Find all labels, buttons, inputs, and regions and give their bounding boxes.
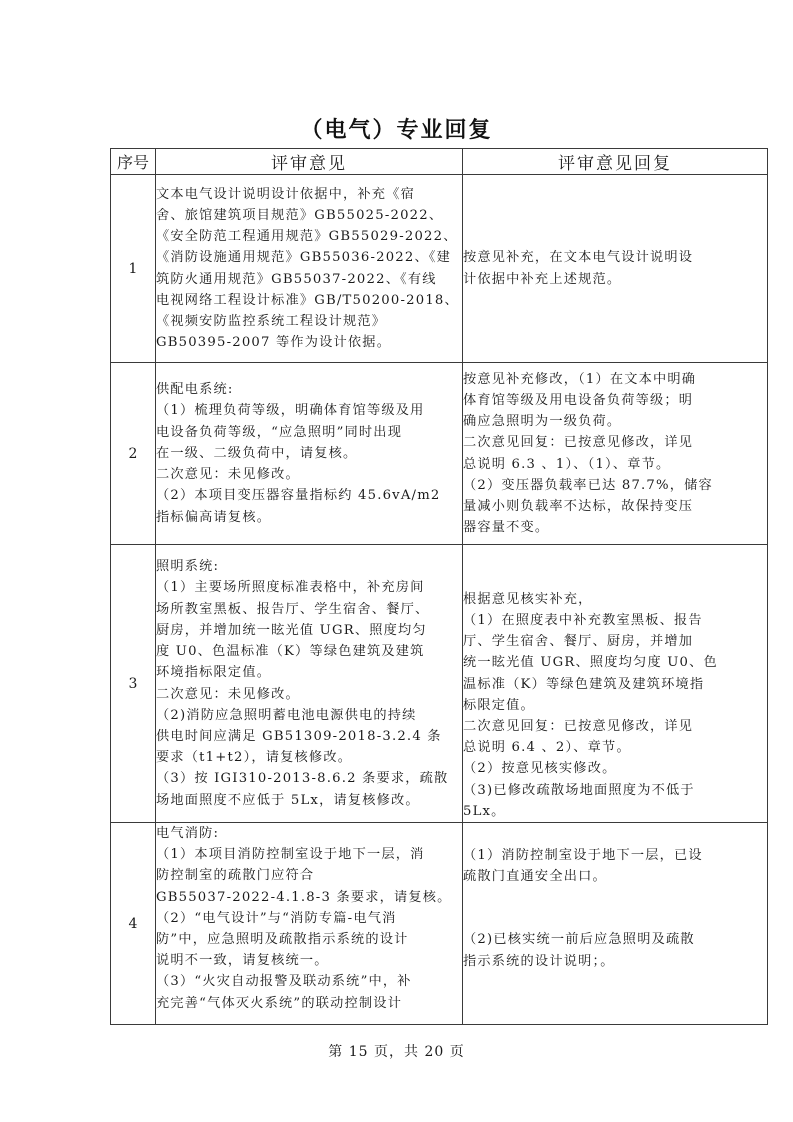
opinion-line: 充完善“气体灭火系统”的联动控制设计	[156, 993, 462, 1014]
page-footer: 第 15 页，共 20 页	[0, 1041, 793, 1061]
opinion-line: 供配电系统:	[156, 379, 462, 400]
opinion-line: 场所教室黑板、报告厅、学生宿舍、餐厅、	[156, 599, 462, 620]
review-opinion-cell: 照明系统: （1）主要场所照度标准表格中，补充房间 场所教室黑板、报告厅、学生宿…	[156, 545, 463, 823]
reply-line: 器容量不变。	[463, 517, 767, 538]
opinion-line: 防”中，应急照明及疏散指示系统的设计	[156, 929, 462, 950]
opinion-line: （1）主要场所照度标准表格中，补充房间	[156, 577, 462, 598]
review-reply-cell: 根据意见核实补充， （1）在照度表中补充教室黑板、报告 厅、学生宿舍、餐厅、厨房…	[463, 545, 768, 823]
opinion-line: 在一级、二级负荷中，请复核。	[156, 443, 462, 464]
reply-line: （2)已核实统一前后应急照明及疏散	[463, 929, 767, 950]
opinion-line: 电气消防:	[156, 823, 462, 844]
review-table: 序号 评审意见 评审意见回复 1 文本电气设计说明设计依据中，补充《宿 舍、旅馆…	[110, 148, 768, 1025]
reply-line: 指示系统的设计说明；。	[463, 951, 767, 972]
reply-line: 体育馆等级及用电设备负荷等级；明	[463, 390, 767, 411]
table-row: 3 照明系统: （1）主要场所照度标准表格中，补充房间 场所教室黑板、报告厅、学…	[111, 545, 768, 823]
page-title: （电气）专业回复	[0, 113, 793, 144]
opinion-line: 《安全防范工程通用规范》GB55029-2022、	[156, 226, 462, 247]
header-review-reply: 评审意见回复	[463, 149, 768, 175]
reply-line: 5Lx。	[463, 801, 767, 822]
review-reply-cell: （1）消防控制室设于地下一层，已设 疏散门直通安全出口。 （2)已核实统一前后应…	[463, 823, 768, 1025]
row-number: 4	[111, 823, 156, 1025]
row-number: 3	[111, 545, 156, 823]
opinion-line: 二次意见：未见修改。	[156, 684, 462, 705]
opinion-line: 防控制室的疏散门应符合	[156, 865, 462, 886]
opinion-line: （2)消防应急照明蓄电池电源供电的持续	[156, 705, 462, 726]
opinion-line: GB55037-2022-4.1.8-3 条要求，请复核。	[156, 887, 462, 908]
reply-line: 总说明 6.3 、1）、（1）、章节。	[463, 454, 767, 475]
reply-line: 温标准（K）等绿色建筑及建筑环境指	[463, 674, 767, 695]
opinion-line: 舍、旅馆建筑项目规范》GB55025-2022、	[156, 205, 462, 226]
reply-line: 按意见补充，在文本电气设计说明设	[463, 247, 767, 268]
opinion-line: 要求（t1+t2），请复核修改。	[156, 747, 462, 768]
reply-line: 确应急照明为一级负荷。	[463, 411, 767, 432]
opinion-line: 文本电气设计说明设计依据中，补充《宿	[156, 184, 462, 205]
table-row: 1 文本电气设计说明设计依据中，补充《宿 舍、旅馆建筑项目规范》GB55025-…	[111, 175, 768, 363]
reply-line: （2）变压器负载率已达 87.7%，储容	[463, 475, 767, 496]
reply-line: （1）在照度表中补充教室黑板、报告	[463, 610, 767, 631]
reply-line: （1）消防控制室设于地下一层，已设	[463, 845, 767, 866]
reply-line: 标限定值。	[463, 695, 767, 716]
opinion-line: 度 U0、色温标准（K）等绿色建筑及建筑	[156, 641, 462, 662]
header-review-opinion: 评审意见	[156, 149, 463, 175]
table-header-row: 序号 评审意见 评审意见回复	[111, 149, 768, 175]
opinion-line: 厨房，并增加统一眩光值 UGR、照度均匀	[156, 620, 462, 641]
review-opinion-cell: 电气消防: （1）本项目消防控制室设于地下一层，消 防控制室的疏散门应符合 GB…	[156, 823, 463, 1025]
table-row: 2 供配电系统: （1）梳理负荷等级，明确体育馆等级及用 电设备负荷等级，“应急…	[111, 363, 768, 545]
opinion-line: （3）按 IGI310-2013-8.6.2 条要求，疏散	[156, 768, 462, 789]
review-reply-cell: 按意见补充，在文本电气设计说明设 计依据中补充上述规范。	[463, 175, 768, 363]
opinion-line: GB50395-2007 等作为设计依据。	[156, 332, 462, 353]
opinion-line: （2）本项目变压器容量指标约 45.6vA/m2	[156, 485, 462, 506]
header-serial-number: 序号	[111, 149, 156, 175]
opinion-line: （3）“火灾自动报警及联动系统”中，补	[156, 971, 462, 992]
reply-line: 计依据中补充上述规范。	[463, 269, 767, 290]
reply-line: 量减小则负载率不达标，故保持变压	[463, 496, 767, 517]
opinion-line: 说明不一致，请复核统一。	[156, 950, 462, 971]
reply-line: 厅、学生宿舍、餐厅、厨房，并增加	[463, 631, 767, 652]
review-opinion-cell: 供配电系统: （1）梳理负荷等级，明确体育馆等级及用 电设备负荷等级，“应急照明…	[156, 363, 463, 545]
review-reply-cell: 按意见补充修改，（1）在文本中明确 体育馆等级及用电设备负荷等级；明 确应急照明…	[463, 363, 768, 545]
opinion-line: 供电时间应满足 GB51309-2018-3.2.4 条	[156, 726, 462, 747]
reply-line: （3)已修改疏散场地面照度为不低于	[463, 780, 767, 801]
reply-line: 总说明 6.4 、2）、章节。	[463, 737, 767, 758]
reply-line: 根据意见核实补充，	[463, 589, 767, 610]
spacer	[463, 887, 767, 929]
opinion-line: （2）“电气设计”与“消防专篇-电气消	[156, 908, 462, 929]
opinion-line: 照明系统:	[156, 556, 462, 577]
reply-line: 二次意见回复：已按意见修改，详见	[463, 716, 767, 737]
review-opinion-cell: 文本电气设计说明设计依据中，补充《宿 舍、旅馆建筑项目规范》GB55025-20…	[156, 175, 463, 363]
row-number: 1	[111, 175, 156, 363]
reply-line: 疏散门直通安全出口。	[463, 866, 767, 887]
opinion-line: 二次意见：未见修改。	[156, 464, 462, 485]
opinion-line: 场地面照度不应低于 5Lx，请复核修改。	[156, 790, 462, 811]
opinion-line: （1）梳理负荷等级，明确体育馆等级及用	[156, 400, 462, 421]
opinion-line: 《消防设施通用规范》GB55036-2022、《建	[156, 247, 462, 268]
reply-line: 统一眩光值 UGR、照度均匀度 U0、色	[463, 652, 767, 673]
table-row: 4 电气消防: （1）本项目消防控制室设于地下一层，消 防控制室的疏散门应符合 …	[111, 823, 768, 1025]
reply-line: 按意见补充修改，（1）在文本中明确	[463, 369, 767, 390]
opinion-line: 筑防火通用规范》GB55037-2022、《有线	[156, 269, 462, 290]
opinion-line: 环境指标限定值。	[156, 662, 462, 683]
opinion-line: 指标偏高请复核。	[156, 507, 462, 528]
row-number: 2	[111, 363, 156, 545]
opinion-line: 电视网络工程设计标准》GB/T50200-2018、	[156, 290, 462, 311]
opinion-line: （1）本项目消防控制室设于地下一层，消	[156, 844, 462, 865]
opinion-line: 电设备负荷等级，“应急照明”同时出现	[156, 422, 462, 443]
opinion-line: 《视频安防监控系统工程设计规范》	[156, 311, 462, 332]
reply-line: （2）按意见核实修改。	[463, 758, 767, 779]
reply-line: 二次意见回复：已按意见修改，详见	[463, 432, 767, 453]
